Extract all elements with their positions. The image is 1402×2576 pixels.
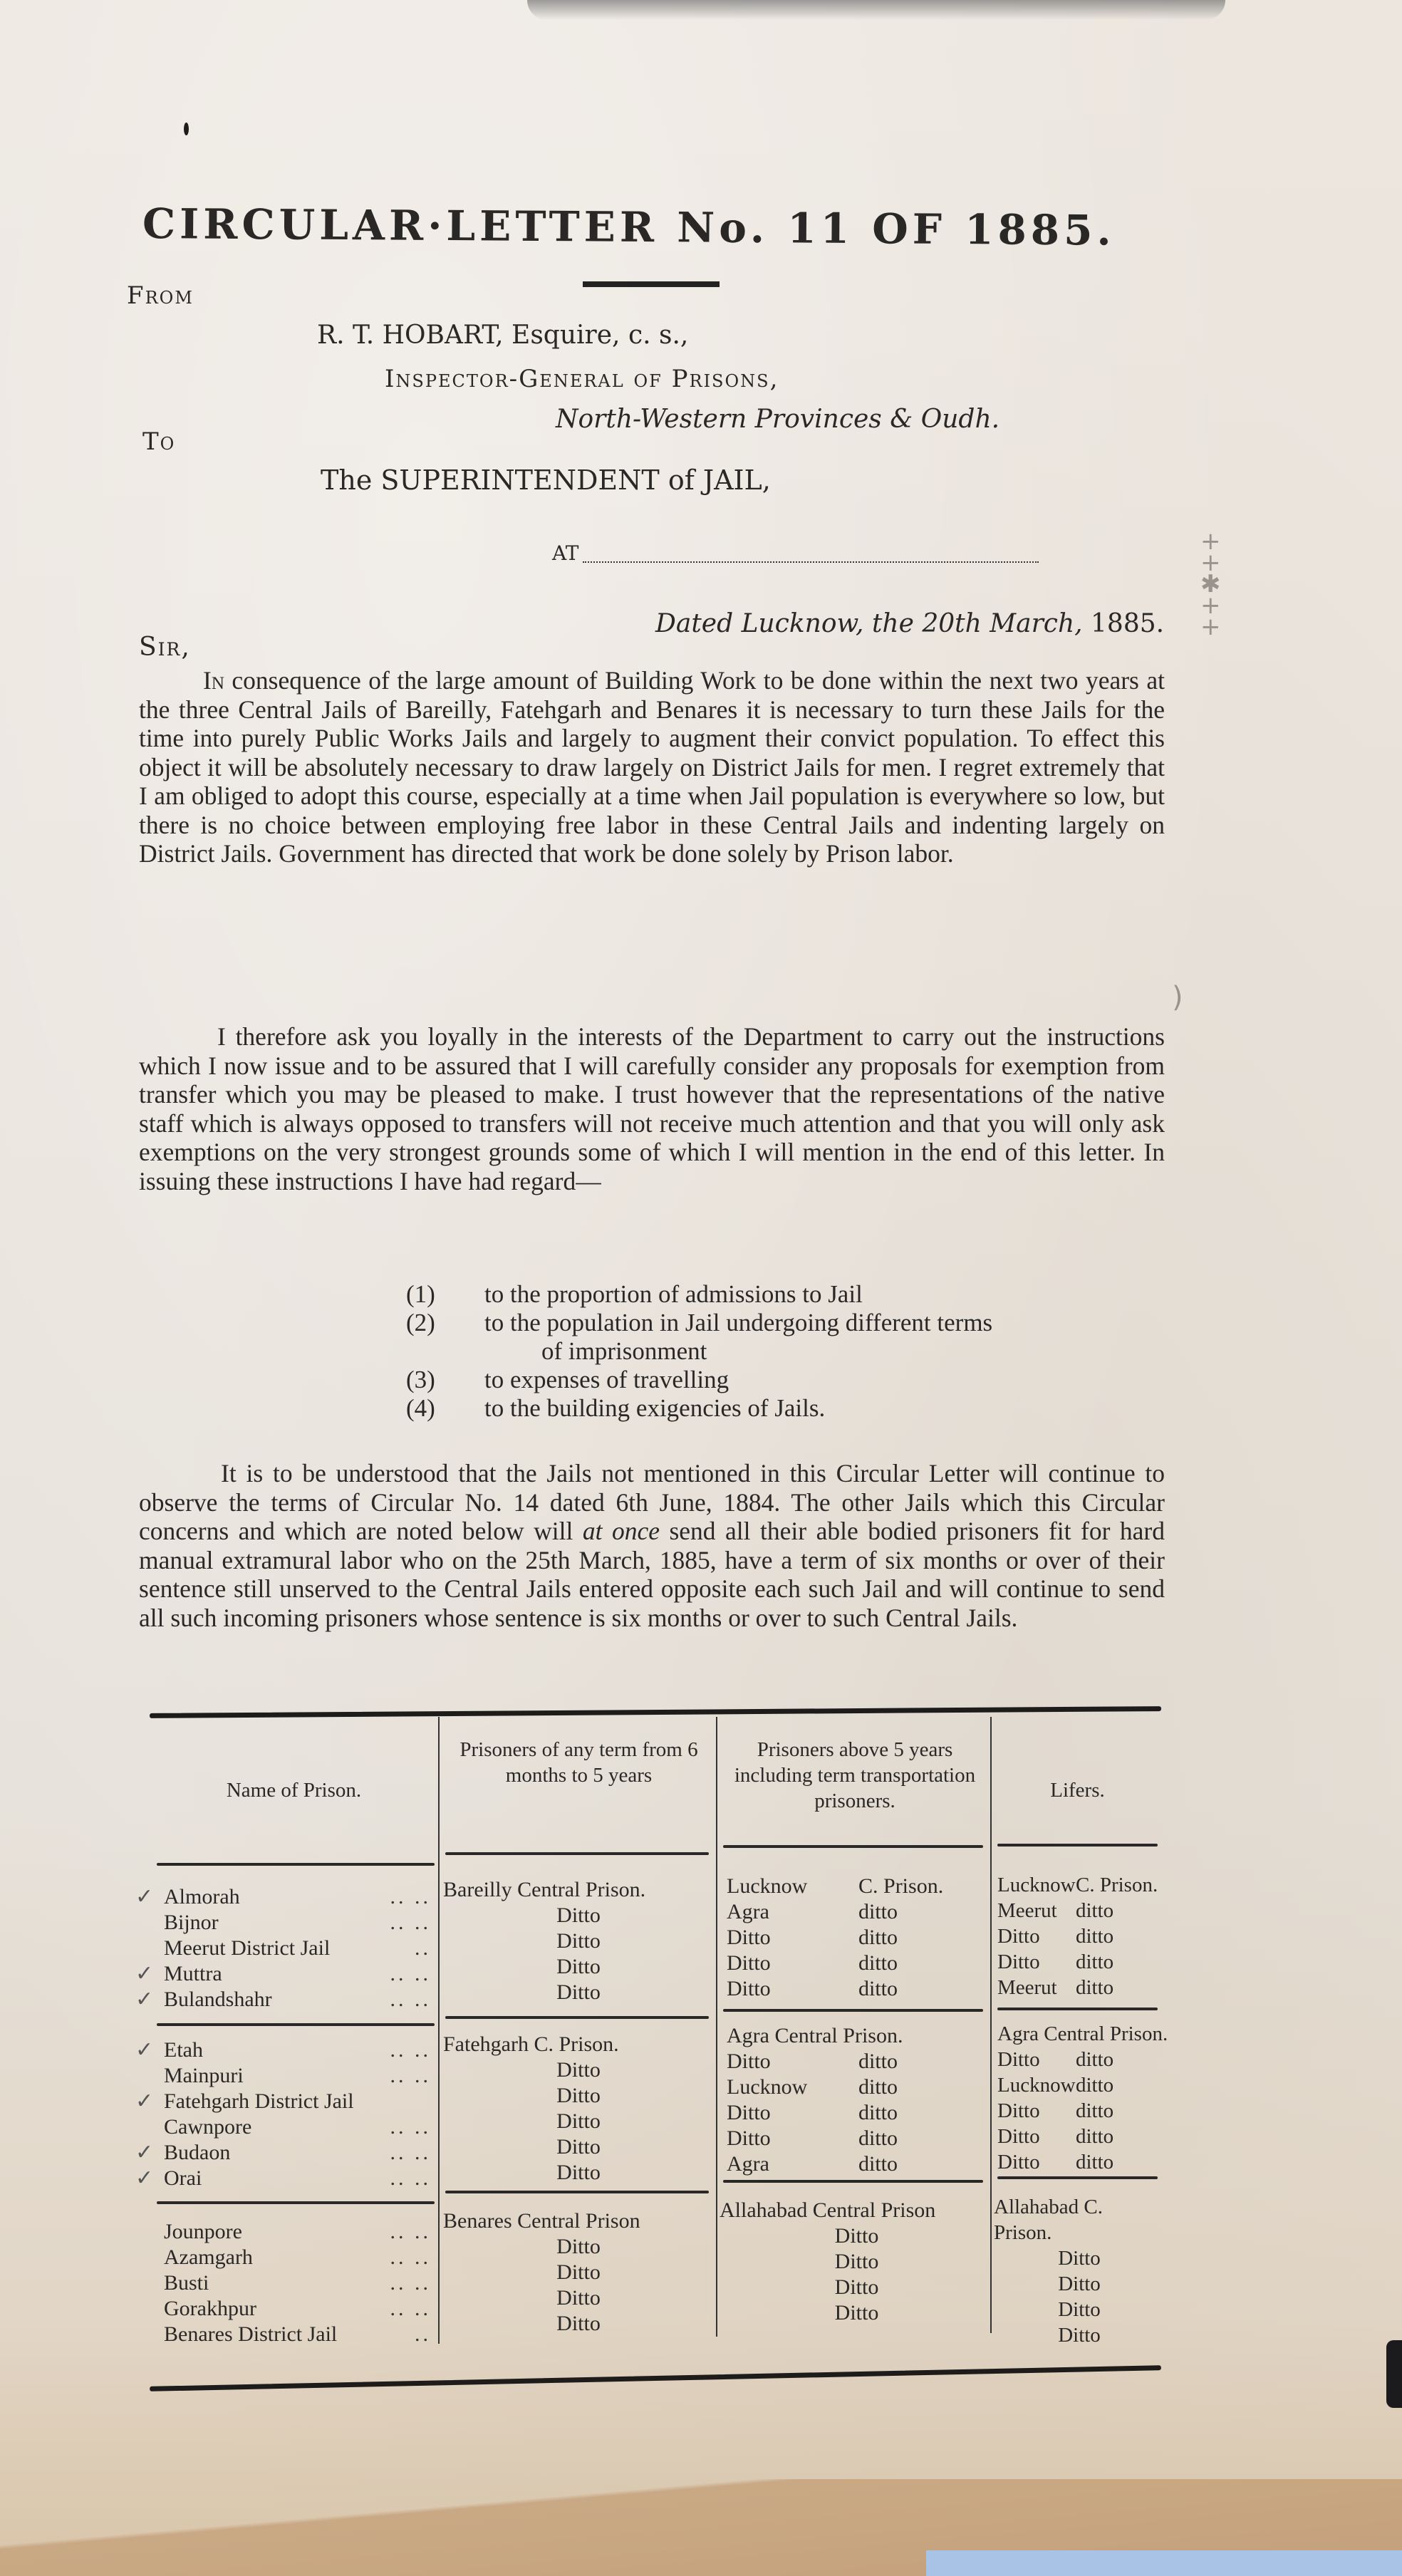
prison-row: ✓Bulandshahr.. .. bbox=[164, 1987, 431, 2012]
regard-text: to expenses of travelling bbox=[484, 1366, 729, 1394]
destination-type: ditto bbox=[1076, 1949, 1113, 1975]
destination-type: ditto bbox=[1076, 2124, 1113, 2149]
leader-dots: .. .. bbox=[390, 2063, 432, 2089]
dateline-year: 1885. bbox=[1091, 609, 1164, 638]
header-separator bbox=[445, 1852, 709, 1855]
paragraph-1: In consequence of the large amount of Bu… bbox=[139, 666, 1165, 868]
regard-number: (3) bbox=[406, 1366, 484, 1394]
destination: Ditto bbox=[997, 2124, 1076, 2149]
destination-type: ditto bbox=[1076, 2047, 1113, 2072]
prison-pair: LucknowC. Prison. bbox=[997, 1872, 1161, 1898]
recipient: The SUPERINTENDENT of JAIL, bbox=[321, 464, 771, 496]
pencil-margin-bracket: ) bbox=[1172, 987, 1183, 1008]
prison-name: Etah bbox=[164, 2037, 203, 2063]
prison-pair: Dittoditto bbox=[997, 2047, 1161, 2072]
prison-group-2: ✓Etah.. .. Mainpuri.. .. ✓Fatehgarh Dist… bbox=[164, 2037, 431, 2191]
prison-pair: Dittoditto bbox=[997, 1949, 1161, 1975]
column-header-long-term: Prisoners above 5 years including term t… bbox=[720, 1737, 990, 1814]
group-2-lifers: Agra Central Prison. Dittoditto Lucknowd… bbox=[997, 2021, 1161, 2175]
ditto-cell: Ditto bbox=[443, 2160, 714, 2186]
prison-pair: Dittoditto bbox=[997, 2098, 1161, 2124]
regard-continuation: of imprisonment bbox=[406, 1337, 1175, 1366]
group-3-lifers: Allahabad C. Prison. Ditto Ditto Ditto D… bbox=[994, 2194, 1165, 2348]
prison-name: Muttra bbox=[164, 1961, 222, 1987]
regard-item: (2) to the population in Jail undergoing… bbox=[406, 1309, 1175, 1337]
group-separator bbox=[723, 2180, 983, 2183]
group-2-short-term: Fatehgarh C. Prison. Ditto Ditto Ditto D… bbox=[443, 2032, 714, 2186]
at-line: AT bbox=[552, 541, 1039, 565]
check-mark-icon: ✓ bbox=[135, 1987, 153, 2012]
destination: Agra Central Prison. bbox=[997, 2021, 1168, 2047]
prison-pair: Dittoditto bbox=[727, 2126, 987, 2151]
destination-type: ditto bbox=[858, 1976, 898, 2002]
group-1-lifers: LucknowC. Prison. Meerutditto Dittoditto… bbox=[997, 1872, 1161, 2000]
ditto-cell: Ditto bbox=[443, 1980, 714, 2005]
dateline: Dated Lucknow, the 20th March, 1885. bbox=[655, 609, 1164, 638]
header-separator bbox=[997, 1844, 1158, 1847]
prison-name: Almorah bbox=[164, 1884, 240, 1910]
to-label: To bbox=[142, 427, 175, 456]
destination-type: ditto bbox=[858, 2126, 898, 2151]
prison-row: Meerut District Jail.. bbox=[164, 1936, 431, 1961]
central-prison-cell: Benares Central Prison bbox=[443, 2208, 714, 2234]
prison-pair: Dittoditto bbox=[727, 1925, 987, 1951]
ditto-cell: Ditto bbox=[720, 2300, 994, 2326]
sender-region: North-Western Provinces & Oudh. bbox=[556, 405, 999, 434]
prison-pair: Agra Central Prison. bbox=[997, 2021, 1161, 2047]
regard-text: to the proportion of admissions to Jail bbox=[484, 1280, 863, 1309]
regard-item: (4) to the building exigencies of Jails. bbox=[406, 1394, 1175, 1423]
prison-row: Gorakhpur.. .. bbox=[164, 2296, 431, 2322]
group-3-long-term: Allahabad Central Prison Ditto Ditto Dit… bbox=[720, 2198, 994, 2326]
ditto-cell: Ditto bbox=[443, 2134, 714, 2160]
prison-row: ✓Etah.. .. bbox=[164, 2037, 431, 2063]
destination-type: ditto bbox=[1076, 2149, 1113, 2175]
sender-name: R. T. HOBART, Esquire, c. s., bbox=[317, 321, 688, 350]
check-mark-icon: ✓ bbox=[135, 2140, 153, 2166]
prison-row: ✓Budaon.. .. bbox=[164, 2140, 431, 2166]
prison-name: Bulandshahr bbox=[164, 1987, 272, 2012]
check-mark-icon: ✓ bbox=[135, 2089, 153, 2114]
paragraph-3: It is to be understood that the Jails no… bbox=[139, 1459, 1165, 1632]
prison-row: Benares District Jail.. bbox=[164, 2322, 431, 2347]
destination: Ditto bbox=[727, 1951, 858, 1976]
prison-pair: Dittoditto bbox=[997, 1923, 1161, 1949]
destination-type: ditto bbox=[1076, 1975, 1113, 2000]
group-separator bbox=[445, 2191, 709, 2193]
destination-type: ditto bbox=[858, 1951, 898, 1976]
destination: Ditto bbox=[997, 1949, 1076, 1975]
prison-pair: Dittoditto bbox=[727, 2049, 987, 2074]
prison-row: Azamgarh.. .. bbox=[164, 2245, 431, 2270]
check-mark-icon: ✓ bbox=[135, 1961, 153, 1987]
prison-pair: Meerutditto bbox=[997, 1898, 1161, 1923]
central-prison-cell: Bareilly Central Prison. bbox=[443, 1877, 714, 1903]
ditto-cell: Ditto bbox=[443, 1928, 714, 1954]
regard-list: (1) to the proportion of admissions to J… bbox=[406, 1280, 1175, 1423]
destination-type: ditto bbox=[1076, 1898, 1113, 1923]
destination: Ditto bbox=[727, 1925, 858, 1951]
paragraph-1-lead: In bbox=[203, 666, 224, 695]
leader-dots: .. bbox=[415, 1936, 431, 1961]
leader-dots: .. .. bbox=[390, 2296, 432, 2322]
central-prison-cell: Allahabad C. Prison. bbox=[994, 2194, 1165, 2245]
destination: Ditto bbox=[997, 1923, 1076, 1949]
prison-row: Busti.. .. bbox=[164, 2270, 431, 2296]
leader-dots: .. .. bbox=[390, 2245, 432, 2270]
column-header-lifers: Lifers. bbox=[994, 1777, 1161, 1803]
destination: Meerut bbox=[997, 1975, 1076, 2000]
ditto-cell: Ditto bbox=[720, 2275, 994, 2300]
pencil-margin-mark: ++✱++ bbox=[1200, 531, 1221, 638]
prison-name: Bijnor bbox=[164, 1910, 219, 1936]
destination: Ditto bbox=[997, 2047, 1076, 2072]
regard-text: to the building exigencies of Jails. bbox=[484, 1394, 825, 1423]
background-surface bbox=[926, 2550, 1402, 2576]
prison-name: Meerut District Jail bbox=[164, 1936, 330, 1961]
prison-name: Busti bbox=[164, 2270, 209, 2296]
central-prison-cell: Allahabad Central Prison bbox=[720, 2198, 994, 2223]
destination-type: ditto bbox=[1076, 1923, 1113, 1949]
prison-pair: Dittoditto bbox=[997, 2124, 1161, 2149]
regard-number: (1) bbox=[406, 1280, 484, 1309]
destination-type: ditto bbox=[858, 1899, 898, 1925]
ink-speck bbox=[184, 123, 189, 135]
ditto-cell: Ditto bbox=[443, 1954, 714, 1980]
group-2-long-term: Agra Central Prison. Dittoditto Lucknowd… bbox=[727, 2023, 987, 2177]
prison-row: Mainpuri.. .. bbox=[164, 2063, 431, 2089]
prison-group-1: ✓Almorah.. .. Bijnor.. .. Meerut Distric… bbox=[164, 1884, 431, 2012]
ditto-cell: Ditto bbox=[443, 2109, 714, 2134]
at-blank-field bbox=[583, 561, 1039, 563]
document-title: CIRCULAR·LETTER No. 11 OF 1885. bbox=[142, 199, 1154, 255]
column-divider bbox=[438, 1717, 440, 2344]
destination-type: C. Prison. bbox=[1076, 1872, 1158, 1898]
destination: Ditto bbox=[727, 1976, 858, 2002]
ditto-cell: Ditto bbox=[443, 2285, 714, 2311]
prison-pair: Agraditto bbox=[727, 1899, 987, 1925]
group-separator bbox=[723, 2009, 983, 2012]
destination: Agra bbox=[727, 2151, 858, 2177]
ditto-cell: Ditto bbox=[720, 2223, 994, 2249]
column-divider bbox=[716, 1717, 717, 2337]
prison-row: ✓Muttra.. .. bbox=[164, 1961, 431, 1987]
scan-shadow bbox=[527, 0, 1225, 20]
regard-number: (4) bbox=[406, 1394, 484, 1423]
destination-type: ditto bbox=[1076, 2098, 1113, 2124]
group-separator bbox=[157, 2023, 435, 2026]
group-1-short-term: Bareilly Central Prison. Ditto Ditto Dit… bbox=[443, 1877, 714, 2005]
leader-dots: .. .. bbox=[390, 2219, 432, 2245]
destination: Lucknow bbox=[997, 1872, 1076, 1898]
leader-dots: .. .. bbox=[390, 2270, 432, 2296]
at-label: AT bbox=[552, 541, 578, 565]
prison-name: Cawnpore bbox=[164, 2114, 251, 2140]
from-label: From bbox=[127, 281, 194, 310]
leader-dots: .. bbox=[415, 2322, 431, 2347]
regard-number: (2) bbox=[406, 1309, 484, 1337]
prison-name: Fatehgarh District Jail bbox=[164, 2089, 354, 2114]
regard-text: to the population in Jail undergoing dif… bbox=[484, 1309, 992, 1337]
prison-pair: Meerutditto bbox=[997, 1975, 1161, 2000]
destination-type: ditto bbox=[858, 2100, 898, 2126]
leader-dots: .. .. bbox=[390, 1910, 432, 1936]
ditto-cell: Ditto bbox=[443, 2057, 714, 2083]
salutation: Sir, bbox=[139, 633, 191, 662]
prison-name: Orai bbox=[164, 2166, 202, 2191]
ditto-cell: Ditto bbox=[443, 1903, 714, 1928]
destination-type: ditto bbox=[858, 2049, 898, 2074]
ditto-cell: Ditto bbox=[994, 2297, 1165, 2322]
destination: Ditto bbox=[727, 2100, 858, 2126]
group-separator bbox=[445, 2016, 709, 2019]
destination: Lucknow bbox=[727, 1874, 858, 1899]
header-separator bbox=[157, 1863, 435, 1866]
ditto-cell: Ditto bbox=[720, 2249, 994, 2275]
prison-pair: Agra Central Prison. bbox=[727, 2023, 987, 2049]
group-separator bbox=[157, 2201, 435, 2204]
prison-name: Azamgarh bbox=[164, 2245, 253, 2270]
paragraph-3-emphasis: at once bbox=[583, 1517, 660, 1545]
destination-type: ditto bbox=[858, 2074, 898, 2100]
dateline-text: Dated Lucknow, the 20th March, bbox=[655, 609, 1083, 638]
prison-pair: Agraditto bbox=[727, 2151, 987, 2177]
prison-pair: Dittoditto bbox=[727, 1976, 987, 2002]
leader-dots: .. .. bbox=[390, 2114, 432, 2140]
prison-row: ✓Almorah.. .. bbox=[164, 1884, 431, 1910]
paragraph-2: I therefore ask you loyally in the inter… bbox=[139, 1022, 1165, 1195]
column-header-name: Name of Prison. bbox=[150, 1777, 438, 1803]
header-separator bbox=[723, 1845, 983, 1848]
prison-row: ✓Fatehgarh District Jail bbox=[164, 2089, 431, 2114]
destination: Ditto bbox=[997, 2149, 1076, 2175]
leader-dots: .. .. bbox=[390, 1961, 432, 1987]
prison-pair: Lucknowditto bbox=[997, 2072, 1161, 2098]
destination: Lucknow bbox=[727, 2074, 858, 2100]
destination: Lucknow bbox=[997, 2072, 1076, 2098]
destination-type: ditto bbox=[858, 2151, 898, 2177]
ditto-cell: Ditto bbox=[994, 2271, 1165, 2297]
ditto-cell: Ditto bbox=[994, 2245, 1165, 2271]
ditto-cell: Ditto bbox=[443, 2234, 714, 2260]
title-underline bbox=[583, 281, 720, 287]
prison-row: Jounpore.. .. bbox=[164, 2219, 431, 2245]
prison-row: Bijnor.. .. bbox=[164, 1910, 431, 1936]
ink-blot bbox=[1386, 2340, 1402, 2408]
prison-pair: Dittoditto bbox=[727, 1951, 987, 1976]
destination-type: ditto bbox=[1076, 2072, 1113, 2098]
destination: Ditto bbox=[727, 2049, 858, 2074]
prison-name: Jounpore bbox=[164, 2219, 242, 2245]
destination: Ditto bbox=[727, 2126, 858, 2151]
regard-item: (3) to expenses of travelling bbox=[406, 1366, 1175, 1394]
ditto-cell: Ditto bbox=[443, 2311, 714, 2337]
prison-pair: LucknowC. Prison. bbox=[727, 1874, 987, 1899]
prison-pair: Lucknowditto bbox=[727, 2074, 987, 2100]
leader-dots: .. .. bbox=[390, 2037, 432, 2063]
destination: Meerut bbox=[997, 1898, 1076, 1923]
regard-item: (1) to the proportion of admissions to J… bbox=[406, 1280, 1175, 1309]
prison-row: ✓Orai.. .. bbox=[164, 2166, 431, 2191]
group-3-short-term: Benares Central Prison Ditto Ditto Ditto… bbox=[443, 2208, 714, 2337]
check-mark-icon: ✓ bbox=[135, 2166, 153, 2191]
prison-name: Gorakhpur bbox=[164, 2296, 256, 2322]
leader-dots: .. .. bbox=[390, 2140, 432, 2166]
group-1-long-term: LucknowC. Prison. Agraditto Dittoditto D… bbox=[727, 1874, 987, 2002]
ditto-cell: Ditto bbox=[994, 2322, 1165, 2348]
destination-type: ditto bbox=[858, 1925, 898, 1951]
destination: Agra Central Prison. bbox=[727, 2023, 903, 2049]
prison-name: Mainpuri bbox=[164, 2063, 244, 2089]
prison-name: Benares District Jail bbox=[164, 2322, 337, 2347]
destination-type: C. Prison. bbox=[858, 1874, 943, 1899]
sender-title: Inspector-General of Prisons, bbox=[385, 365, 779, 393]
prison-group-3: Jounpore.. .. Azamgarh.. .. Busti.. .. G… bbox=[164, 2219, 431, 2347]
check-mark-icon: ✓ bbox=[135, 2037, 153, 2063]
prison-pair: Dittoditto bbox=[727, 2100, 987, 2126]
leader-dots: .. .. bbox=[390, 2166, 432, 2191]
paragraph-1-text: consequence of the large amount of Build… bbox=[139, 666, 1165, 868]
prison-row: Cawnpore.. .. bbox=[164, 2114, 431, 2140]
central-prison-cell: Fatehgarh C. Prison. bbox=[443, 2032, 714, 2057]
leader-dots: .. .. bbox=[390, 1884, 432, 1910]
column-header-short-term: Prisoners of any term from 6 months to 5… bbox=[442, 1737, 716, 1788]
prison-name: Budaon bbox=[164, 2140, 230, 2166]
leader-dots: .. .. bbox=[390, 1987, 432, 2012]
prison-pair: Dittoditto bbox=[997, 2149, 1161, 2175]
group-separator bbox=[997, 2176, 1158, 2179]
group-separator bbox=[997, 2008, 1158, 2010]
destination: Agra bbox=[727, 1899, 858, 1925]
ditto-cell: Ditto bbox=[443, 2260, 714, 2285]
check-mark-icon: ✓ bbox=[135, 1884, 153, 1910]
ditto-cell: Ditto bbox=[443, 2083, 714, 2109]
destination: Ditto bbox=[997, 2098, 1076, 2124]
